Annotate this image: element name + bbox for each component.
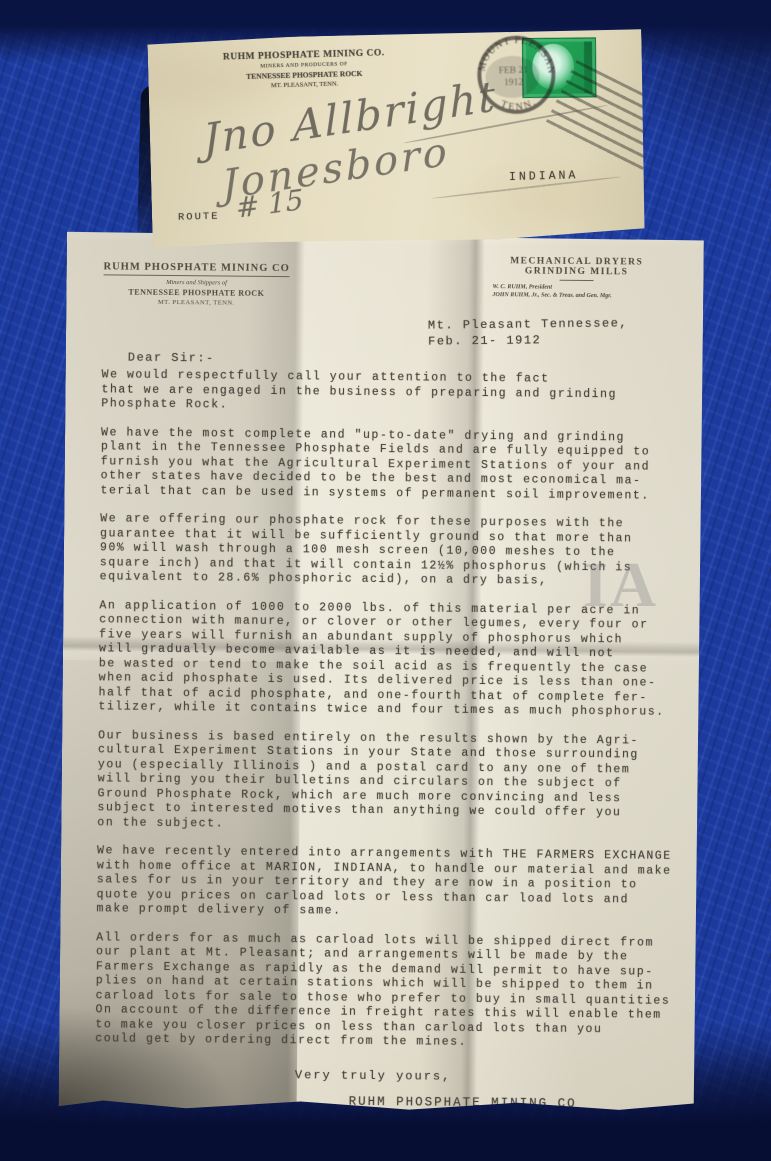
letterhead-product: TENNESSEE PHOSPHATE ROCK (94, 287, 298, 298)
letterhead-officer-2: JOHN RUHM, Jr., Sec. & Treas. and Gen. M… (492, 291, 678, 301)
letterhead-tagline: Miners and Shippers of (94, 278, 298, 287)
letterhead-location: MT. PLEASANT, TENN. (94, 298, 298, 307)
svg-text:TENN.: TENN. (499, 96, 539, 114)
paragraph-2: We have the most complete and "up-to-dat… (100, 426, 703, 504)
paragraph-5: Our business is based entirely on the re… (97, 729, 700, 836)
paragraph-1: We would respectfully call your attentio… (101, 368, 703, 417)
state-label: INDIANA (509, 169, 579, 184)
watermark: IA (583, 548, 658, 622)
letterhead-company: RUHM PHOSPHATE MINING CO (103, 261, 289, 277)
route-label: ROUTE (178, 211, 220, 224)
postmark-date-month: FEB 21 (499, 66, 529, 77)
paragraph-7: All orders for as much as carload lots w… (95, 931, 698, 1053)
letterhead-right: MECHANICAL DRYERS GRINDING MILLS W. C. R… (474, 256, 678, 301)
postmark-state: TENN. (499, 96, 539, 114)
photo-of-letter-and-envelope: RUHM PHOSPHATE MINING CO Miners and Ship… (0, 0, 771, 1161)
envelope-return-address: RUHM PHOSPHATE MINING CO. MINERS AND PRO… (198, 48, 411, 92)
salutation: Dear Sir:- (128, 351, 215, 366)
letter-page: RUHM PHOSPHATE MINING CO Miners and Ship… (59, 230, 704, 1114)
postmark-date-year: 1912 (504, 78, 524, 89)
envelope: RUHM PHOSPHATE MINING CO. MINERS AND PRO… (147, 28, 646, 249)
paragraph-6: We have recently entered into arrangemen… (96, 844, 699, 922)
letterhead-divider (560, 280, 594, 281)
letterhead-left: RUHM PHOSPHATE MINING CO Miners and Ship… (94, 256, 298, 307)
letter-body: We would respectfully call your attentio… (95, 368, 704, 1066)
letterhead-service-2: GRINDING MILLS (475, 266, 679, 278)
closing: Very truly yours, (295, 1068, 452, 1084)
dateline: Mt. Pleasant Tennessee, Feb. 21- 1912 (428, 315, 628, 349)
